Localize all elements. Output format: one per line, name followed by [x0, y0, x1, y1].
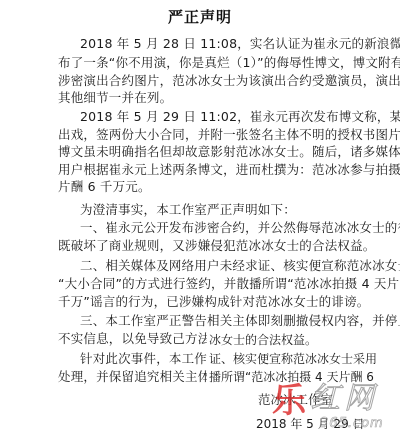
overlay-fragment-line-3: 播所谓“范冰冰拍摄 4 天片酬 6 — [209, 369, 374, 385]
paragraph-2-line-5: 片酬 6 千万元。 — [58, 179, 151, 195]
paragraph-2-line-3: 博文虽未明确指名但却故意影射范冰冰女士。随后，诸多媒体及网络 — [58, 144, 400, 160]
point-3-line-1: 三、本工作室严正警告相关主体即刻删撤侵权内容，并停止传播 — [80, 313, 400, 329]
point-1-line-1: 一、崔永元公开发布涉密合约，并公然侮辱范冰冰女士的行为， — [80, 220, 400, 236]
paragraph-1-line-2: 布了一条“你不用演，你是真烂（1）”的侮辱性博文，博文附有多张 — [58, 55, 400, 71]
paragraph-2-line-1: 2018 年 5 月 29 日 11:02，崔永元再次发布博文称，某演员演一 — [80, 109, 400, 125]
paragraph-1-line-1: 2018 年 5 月 28 日 11:08，实名认证为崔永元的新浪微博用户发 — [80, 36, 400, 52]
overlay-fragment-line-2: 证、核实便宣称范冰冰女士采用 — [209, 351, 377, 367]
point-1-line-2: 既破坏了商业规则，又涉嫌侵犯范冰冰女士的合法权益。 — [58, 238, 376, 254]
overlay-fragment-line-1: 冰女士的合法权益。 — [209, 332, 317, 348]
point-2-line-3: 千万”谣言的行为，已涉嫌构成针对范冰冰女士的诽谤。 — [58, 294, 369, 310]
paragraph-2-line-4: 用户根据崔永元上述两条博文，进而杜撰为：范冰冰参与拍摄 4 天， — [58, 162, 400, 178]
statement-date: 2018 年 5 月 29 日 — [256, 416, 365, 432]
paragraph-2-line-2: 出戏，签两份大小合同，并附一张签名主体不明的授权书图片，该条 — [58, 127, 400, 143]
paragraph-1-line-3: 涉密演出合约图片，范冰冰女士为该演出合约受邀演员，演出酬金及 — [58, 73, 400, 89]
signature: 范冰冰工作室 — [258, 392, 333, 408]
statement-document: 严正声明 2018 年 5 月 28 日 11:08，实名认证为崔永元的新浪微博… — [0, 0, 400, 437]
paragraph-1-line-4: 其他细节一并在列。 — [58, 90, 172, 106]
declaration-intro: 为澄清事实，本工作室严正声明如下： — [80, 202, 296, 218]
point-2-line-2: “大小合同”的方式进行签约，并散播所谓“范冰冰拍摄 4 天片酬 6 — [58, 276, 400, 292]
document-title: 严正声明 — [0, 6, 400, 27]
point-2-line-1: 二、相关媒体及网络用户未经求证、核实便宣称范冰冰女士采用 — [80, 258, 400, 274]
